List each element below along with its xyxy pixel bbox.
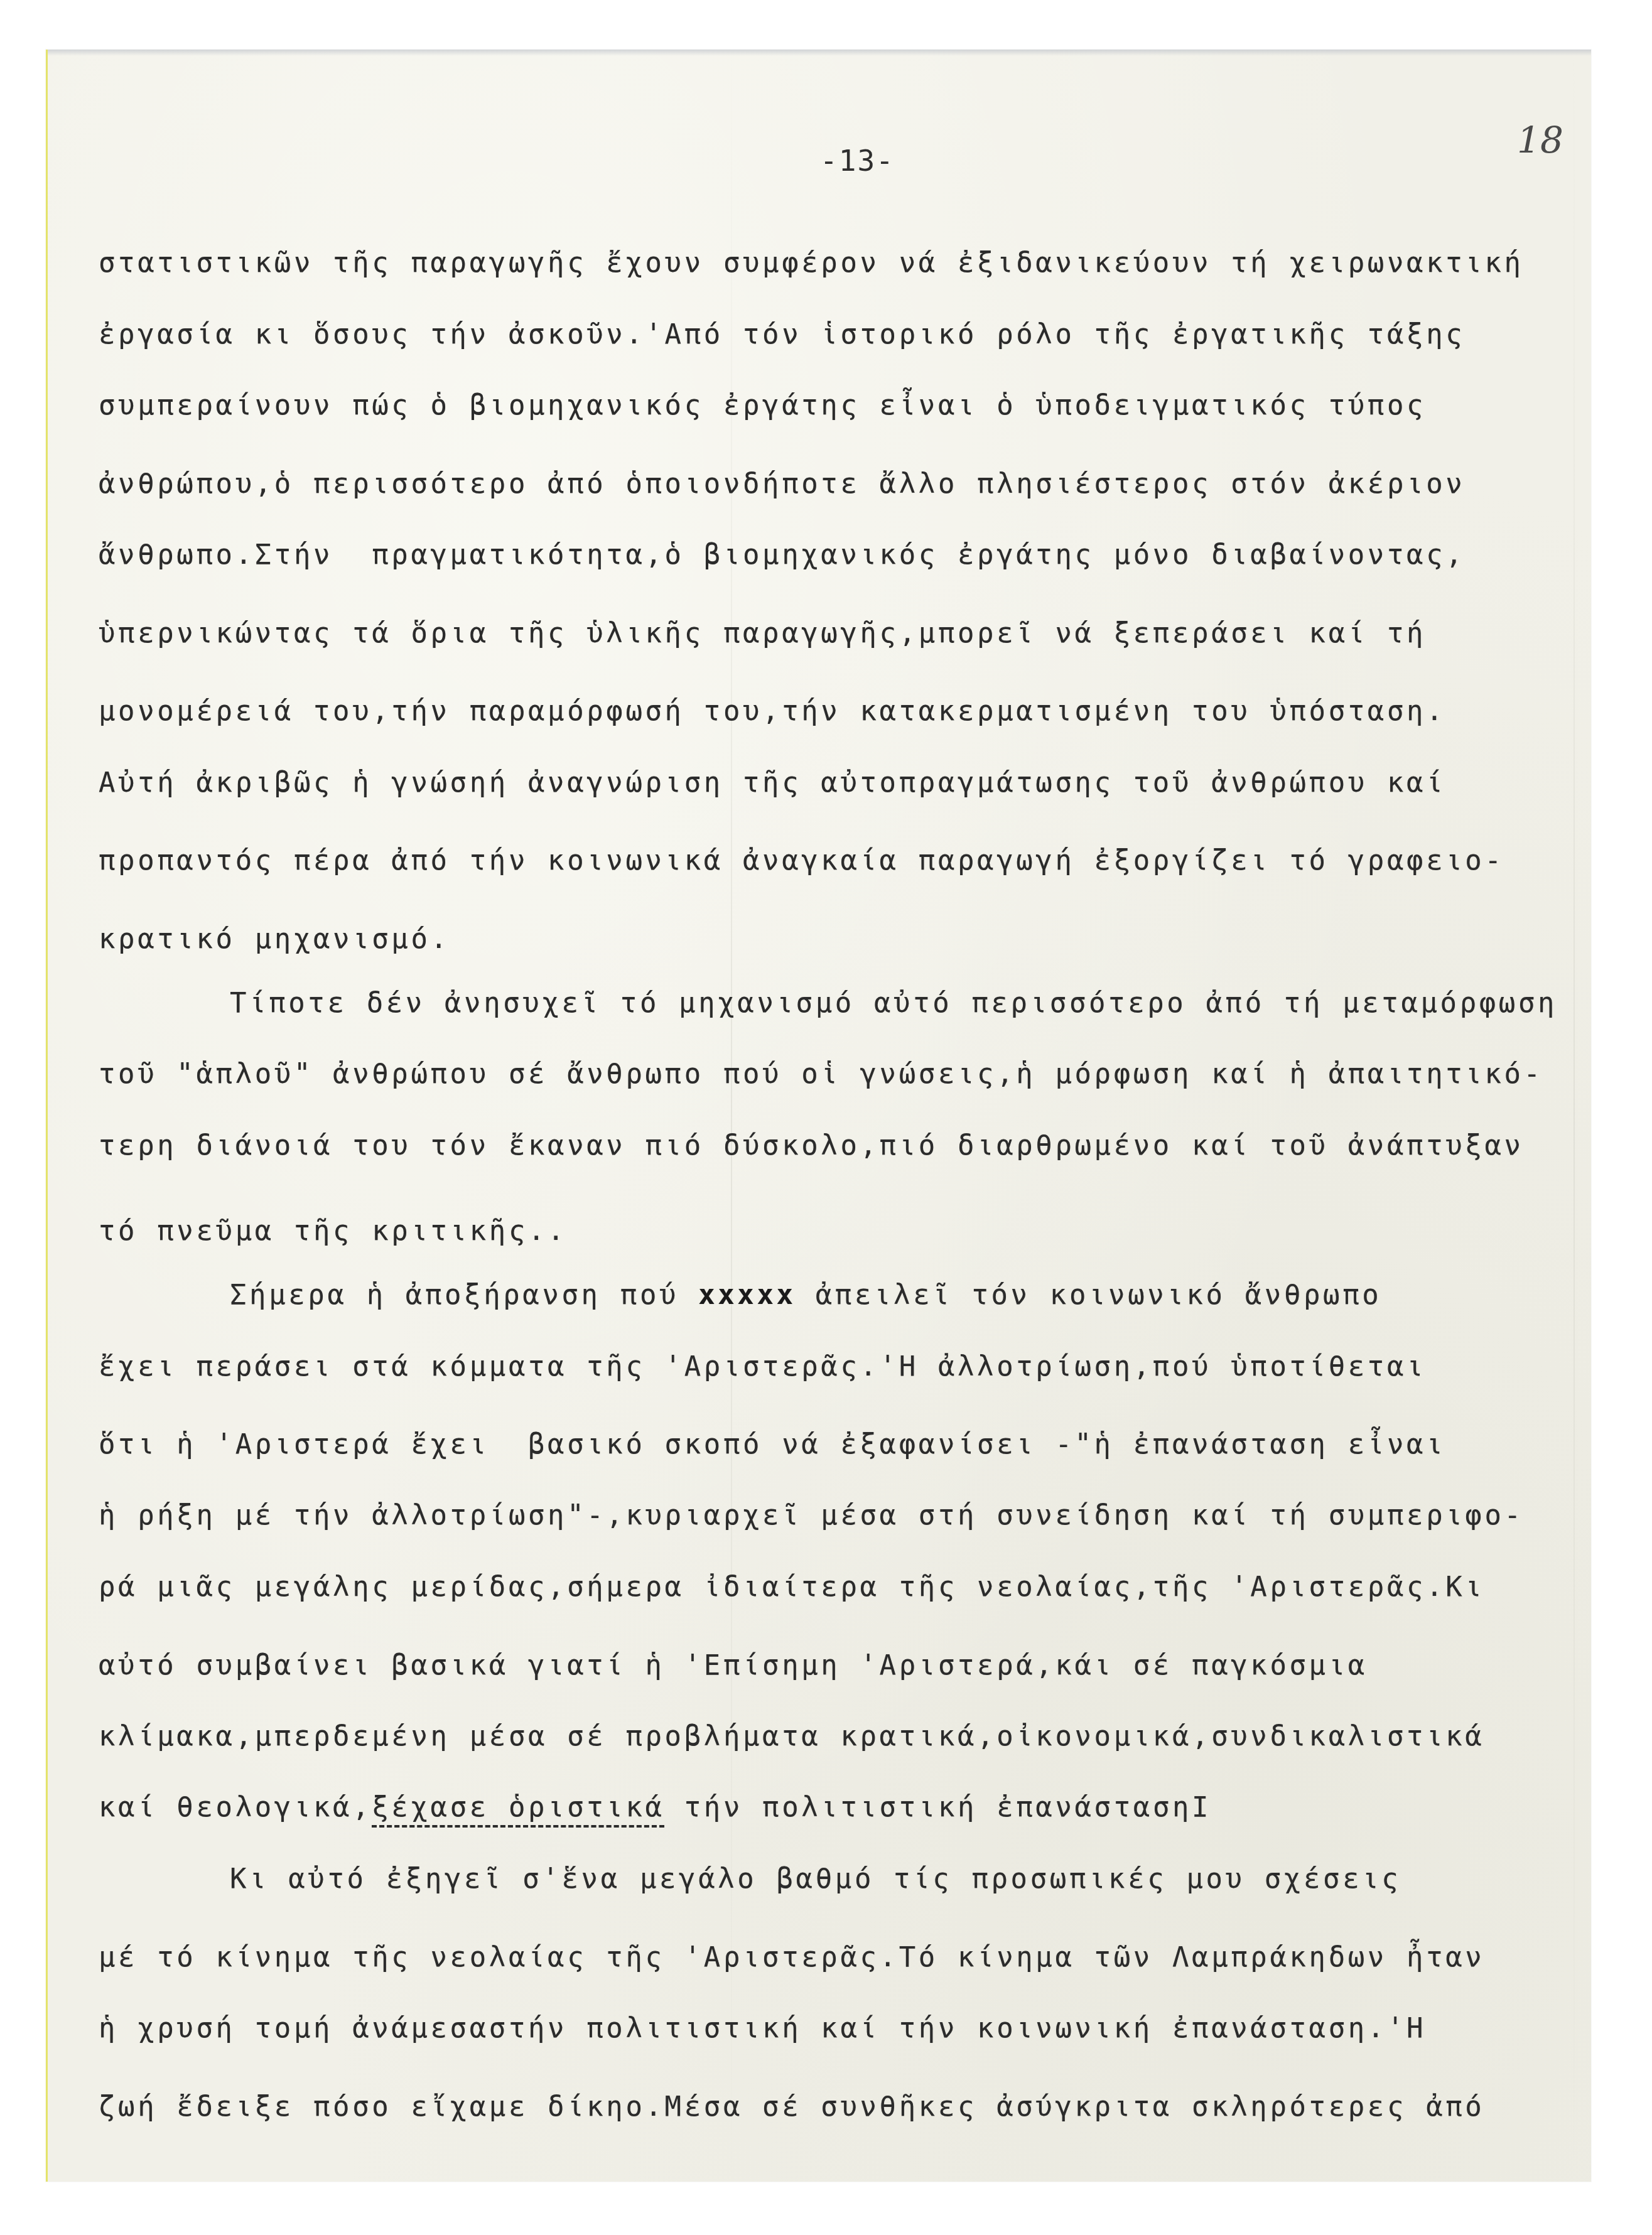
text-line: ζωή ἔδειξε πόσο εἴχαμε δίκηο.Μέσα σέ συν… [99,2093,1484,2121]
text-line: Κι αὐτό ἐξηγεῖ σ'ἕνα μεγάλο βαθμό τίς πρ… [230,1865,1401,1893]
text-line: μέ τό κίνημα τῆς νεολαίας τῆς 'Αριστερᾶς… [99,1944,1484,1971]
text-line: ἔχει περάσει στά κόμματα τῆς 'Αριστερᾶς.… [99,1353,1426,1381]
text-line: τοῦ "ἁπλοῦ" ἀνθρώπου σέ ἄνθρωπο πού οἱ γ… [99,1060,1543,1088]
text-line: κλίμακα,μπερδεμένη μέσα σέ προβλήματα κρ… [99,1723,1484,1750]
text-line: συμπεραίνουν πώς ὁ βιομηχανικός ἐργάτης … [99,392,1426,419]
typewritten-page: -13- 18 στατιστικῶν τῆς παραγωγῆς ἔχουν … [46,50,1591,2182]
typed-page-number: -13- [820,144,895,178]
paper-top-edge-shadow [48,50,1591,56]
text-line: ἄνθρωπο.Στήν πραγματικότητα,ὁ βιομηχανικ… [99,541,1465,569]
paper-fold-crease [731,50,732,2182]
text-line: Αὐτή ἀκριβῶς ἡ γνώσηή ἀναγνώριση τῆς αὐτ… [99,769,1445,797]
text-line: στατιστικῶν τῆς παραγωγῆς ἔχουν συμφέρον… [99,249,1524,277]
text-line: προπαντός πέρα ἀπό τήν κοινωνικά ἀναγκαί… [99,847,1504,875]
text-line: μονομέρειά του,τήν παραμόρφωσή του,τήν κ… [99,697,1445,725]
paper-fold-crease [1574,50,1575,2182]
text-line: τερη διάνοιά του τόν ἔκαναν πιό δύσκολο,… [99,1132,1524,1160]
text-line: ὅτι ἡ 'Αριστερά ἔχει βασικό σκοπό νά ἐξα… [99,1431,1445,1458]
text-line: ἡ ρήξη μέ τήν ἀλλοτρίωση"-,κυριαρχεῖ μέσ… [99,1502,1524,1529]
text-line: καί θεολογικά,ξέχασε ὁριστικά τήν πολιτι… [99,1794,1211,1821]
text-line: ἀνθρώπου,ὁ περισσότερο ἀπό ὁποιονδήποτε … [99,470,1465,498]
text-line: ἡ χρυσή τομή ἀνάμεσαστήν πολιτιστική καί… [99,2015,1426,2042]
handwritten-sheet-number: 18 [1517,119,1563,161]
text-line: αὐτό συμβαίνει βασικά γιατί ἡ 'Επίσημη '… [99,1652,1368,1679]
text-line: ρά μιᾶς μεγάλης μερίδας,σήμερα ἰδιαίτερα… [99,1573,1484,1601]
text-line: ὑπερνικώντας τά ὅρια τῆς ὑλικῆς παραγωγῆ… [99,620,1426,647]
text-line: κρατικό μηχανισμό. [99,925,450,953]
text-line: Τίποτε δέν ἀνησυχεῖ τό μηχανισμό αὐτό πε… [230,989,1557,1017]
underlined-phrase: ξέχασε ὁριστικά [372,1791,664,1823]
text-line: Σήμερα ἡ ἀποξήρανση πού xxxxx ἀπειλεῖ τό… [230,1281,1381,1309]
text-line: ἐργασία κι ὅσους τήν ἀσκοῦν.'Από τόν ἱστ… [99,321,1465,348]
overstruck-word: xxxxx [698,1279,796,1311]
text-line: τό πνεῦμα τῆς κριτικῆς.. [99,1217,567,1245]
